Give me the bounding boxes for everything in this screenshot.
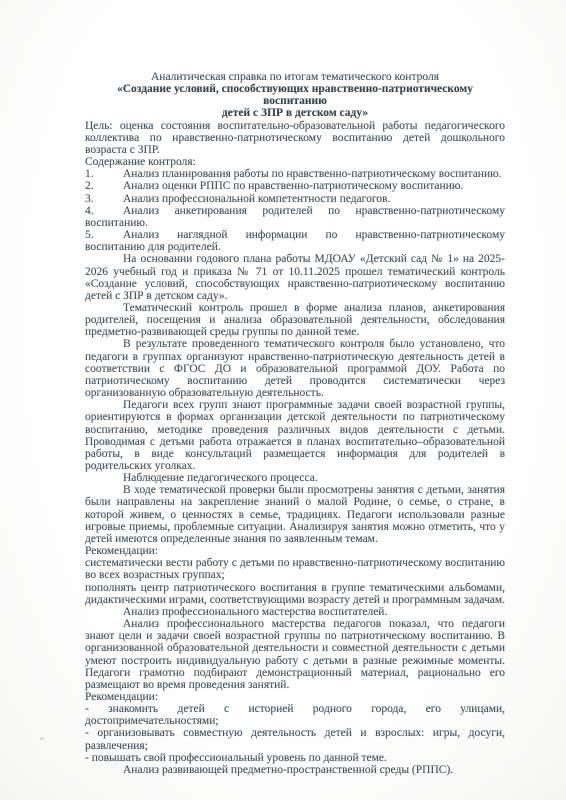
list-item-text: Анализ планирования работы по нравственн… xyxy=(123,168,502,180)
document-page: Аналитическая справка по итогам тематиче… xyxy=(0,0,566,800)
paragraph-control-contents-heading: Содержание контроля: xyxy=(85,156,505,168)
scan-speck xyxy=(40,737,44,740)
list-number: 2. xyxy=(85,180,123,192)
list-item: 1.Анализ планирования работы по нравстве… xyxy=(85,168,505,180)
list-number: 5. xyxy=(85,229,123,241)
paragraph-professional-skill-analysis: Анализ профессионального мастерства педа… xyxy=(85,618,505,691)
document-subtitle-line-1: «Создание условий, способствующих нравст… xyxy=(85,83,505,107)
list-number: 3. xyxy=(85,193,123,205)
list-item: 5.Анализ наглядной информации по нравств… xyxy=(85,229,505,253)
list-item-text: Анализ профессиональной компетентности п… xyxy=(123,193,390,205)
paragraph-rpps-heading: Анализ развивающей предметно-пространств… xyxy=(85,764,505,776)
paragraph-recommendation-replenish: пополнять центр патриотического воспитан… xyxy=(85,582,505,606)
paragraph-teachers-knowledge: Педагоги всех групп знают программные за… xyxy=(85,399,505,472)
document-subtitle-line-2: детей с ЗПР в детском саду» xyxy=(85,107,505,119)
list-item-text: Анализ оценки РППС по нравственно-патрио… xyxy=(123,180,463,192)
paragraph-professional-skill-heading: Анализ профессионального мастерства восп… xyxy=(85,606,505,618)
paragraph-recommendation-systematic: систематически вести работу с детьми по … xyxy=(85,557,505,581)
paragraph-control-form: Тематический контроль прошел в форме ана… xyxy=(85,302,505,338)
paragraph-basis: На основании годового плана работы МДОАУ… xyxy=(85,253,505,302)
list-item-text: Анализ анкетирования родителей по нравст… xyxy=(85,205,505,229)
list-item: 2.Анализ оценки РППС по нравственно-патр… xyxy=(85,180,505,192)
list-item: 4.Анализ анкетирования родителей по нрав… xyxy=(85,205,505,229)
list-number: 1. xyxy=(85,168,123,180)
paragraph-recommendation-city-history: - знакомить детей с историей родного гор… xyxy=(85,703,505,727)
paragraph-observation-heading: Наблюдение педагогического процесса. xyxy=(85,472,505,484)
paragraph-recommendation-joint-activity: - организовывать совместную деятельность… xyxy=(85,727,505,751)
paragraph-recommendations-heading-1: Рекомендации: xyxy=(85,545,505,557)
list-item-text: Анализ наглядной информации по нравствен… xyxy=(85,229,505,253)
paragraph-recommendation-professional-level: - повышать свой профессиональный уровень… xyxy=(85,752,505,764)
paragraph-recommendations-heading-2: Рекомендации: xyxy=(85,691,505,703)
paragraph-lessons-review: В ходе тематической проверки были просмо… xyxy=(85,484,505,545)
list-item: 3.Анализ профессиональной компетентности… xyxy=(85,193,505,205)
list-number: 4. xyxy=(85,205,123,217)
paragraph-goal: Цель: оценка состояния воспитательно-обр… xyxy=(85,120,505,156)
paragraph-control-results: В результате проведенного тематического … xyxy=(85,338,505,399)
document-title: Аналитическая справка по итогам тематиче… xyxy=(85,71,505,83)
document-body: Аналитическая справка по итогам тематиче… xyxy=(85,71,505,776)
